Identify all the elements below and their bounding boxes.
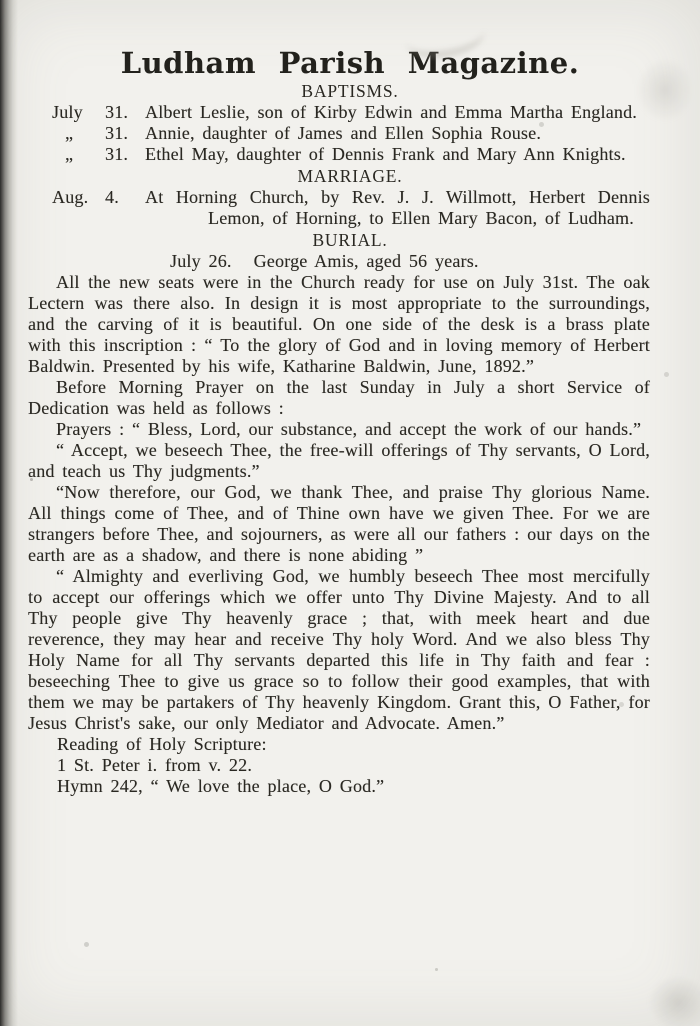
paragraph-new-seats: All the new seats were in the Church rea… xyxy=(28,272,650,377)
entry-ditto-mark: „ xyxy=(52,144,105,165)
entry-text: At Horning Church, by Rev. J. J. Willmot… xyxy=(145,187,650,229)
entry-date: July 26. xyxy=(170,251,232,271)
closing-line-scripture-reading: Reading of Holy Scripture: xyxy=(28,734,650,755)
baptism-entry: „31. Ethel May, daughter of Dennis Frank… xyxy=(28,144,650,165)
section-heading-baptisms: BAPTISMS. xyxy=(0,80,700,102)
entry-text: Ethel May, daughter of Dennis Frank and … xyxy=(145,144,650,165)
baptism-entry: July31. Albert Leslie, son of Kirby Edwi… xyxy=(28,102,650,123)
entry-day: 31. xyxy=(105,144,128,164)
paragraph-prayers: Prayers : “ Bless, Lord, our substance, … xyxy=(28,419,650,440)
entry-day: 4. xyxy=(105,187,119,207)
paragraph-almighty-god: “ Almighty and everliving God, we humbly… xyxy=(28,566,650,734)
magazine-page-scan: Ludham Parish Magazine. BAPTISMS. July31… xyxy=(0,0,700,1026)
paragraph-dedication-service: Before Morning Prayer on the last Sunday… xyxy=(28,377,650,419)
entry-date: Aug.4. xyxy=(28,187,145,229)
baptisms-list: July31. Albert Leslie, son of Kirby Edwi… xyxy=(28,102,650,165)
closing-line-lesson-reference: 1 St. Peter i. from v. 22. xyxy=(28,755,650,776)
scan-smudge-top-right xyxy=(636,58,694,122)
burial-section: July 26.George Amis, aged 56 years. All … xyxy=(28,251,650,797)
scan-specks xyxy=(30,478,33,481)
section-heading-marriage: MARRIAGE. xyxy=(0,165,700,187)
page-title: Ludham Parish Magazine. xyxy=(0,0,700,80)
paragraph-now-therefore: “Now therefore, our God, we thank Thee, … xyxy=(28,482,650,566)
burial-entry: July 26.George Amis, aged 56 years. xyxy=(28,251,650,272)
entry-day: 31. xyxy=(105,102,128,122)
marriage-list: Aug.4. At Horning Church, by Rev. J. J. … xyxy=(28,187,650,229)
entry-month: Aug. xyxy=(52,187,105,208)
entry-text: Albert Leslie, son of Kirby Edwin and Em… xyxy=(145,102,650,123)
scan-edge-shadow xyxy=(0,0,18,1026)
scan-smudge-bottom-right xyxy=(648,975,700,1026)
entry-date: „31. xyxy=(28,123,145,144)
closing-line-hymn: Hymn 242, “ We love the place, O God.” xyxy=(28,776,650,797)
entry-month: July xyxy=(52,102,105,123)
entry-date: July31. xyxy=(28,102,145,123)
entry-day: 31. xyxy=(105,123,128,143)
entry-date: „31. xyxy=(28,144,145,165)
entry-ditto-mark: „ xyxy=(52,123,105,144)
entry-text: George Amis, aged 56 years. xyxy=(254,251,479,271)
paragraph-accept-offerings: “ Accept, we beseech Thee, the free-will… xyxy=(28,440,650,482)
marriage-entry: Aug.4. At Horning Church, by Rev. J. J. … xyxy=(28,187,650,229)
baptism-entry: „31. Annie, daughter of James and Ellen … xyxy=(28,123,650,144)
section-heading-burial: BURIAL. xyxy=(0,229,700,251)
entry-text: Annie, daughter of James and Ellen Sophi… xyxy=(145,123,650,144)
